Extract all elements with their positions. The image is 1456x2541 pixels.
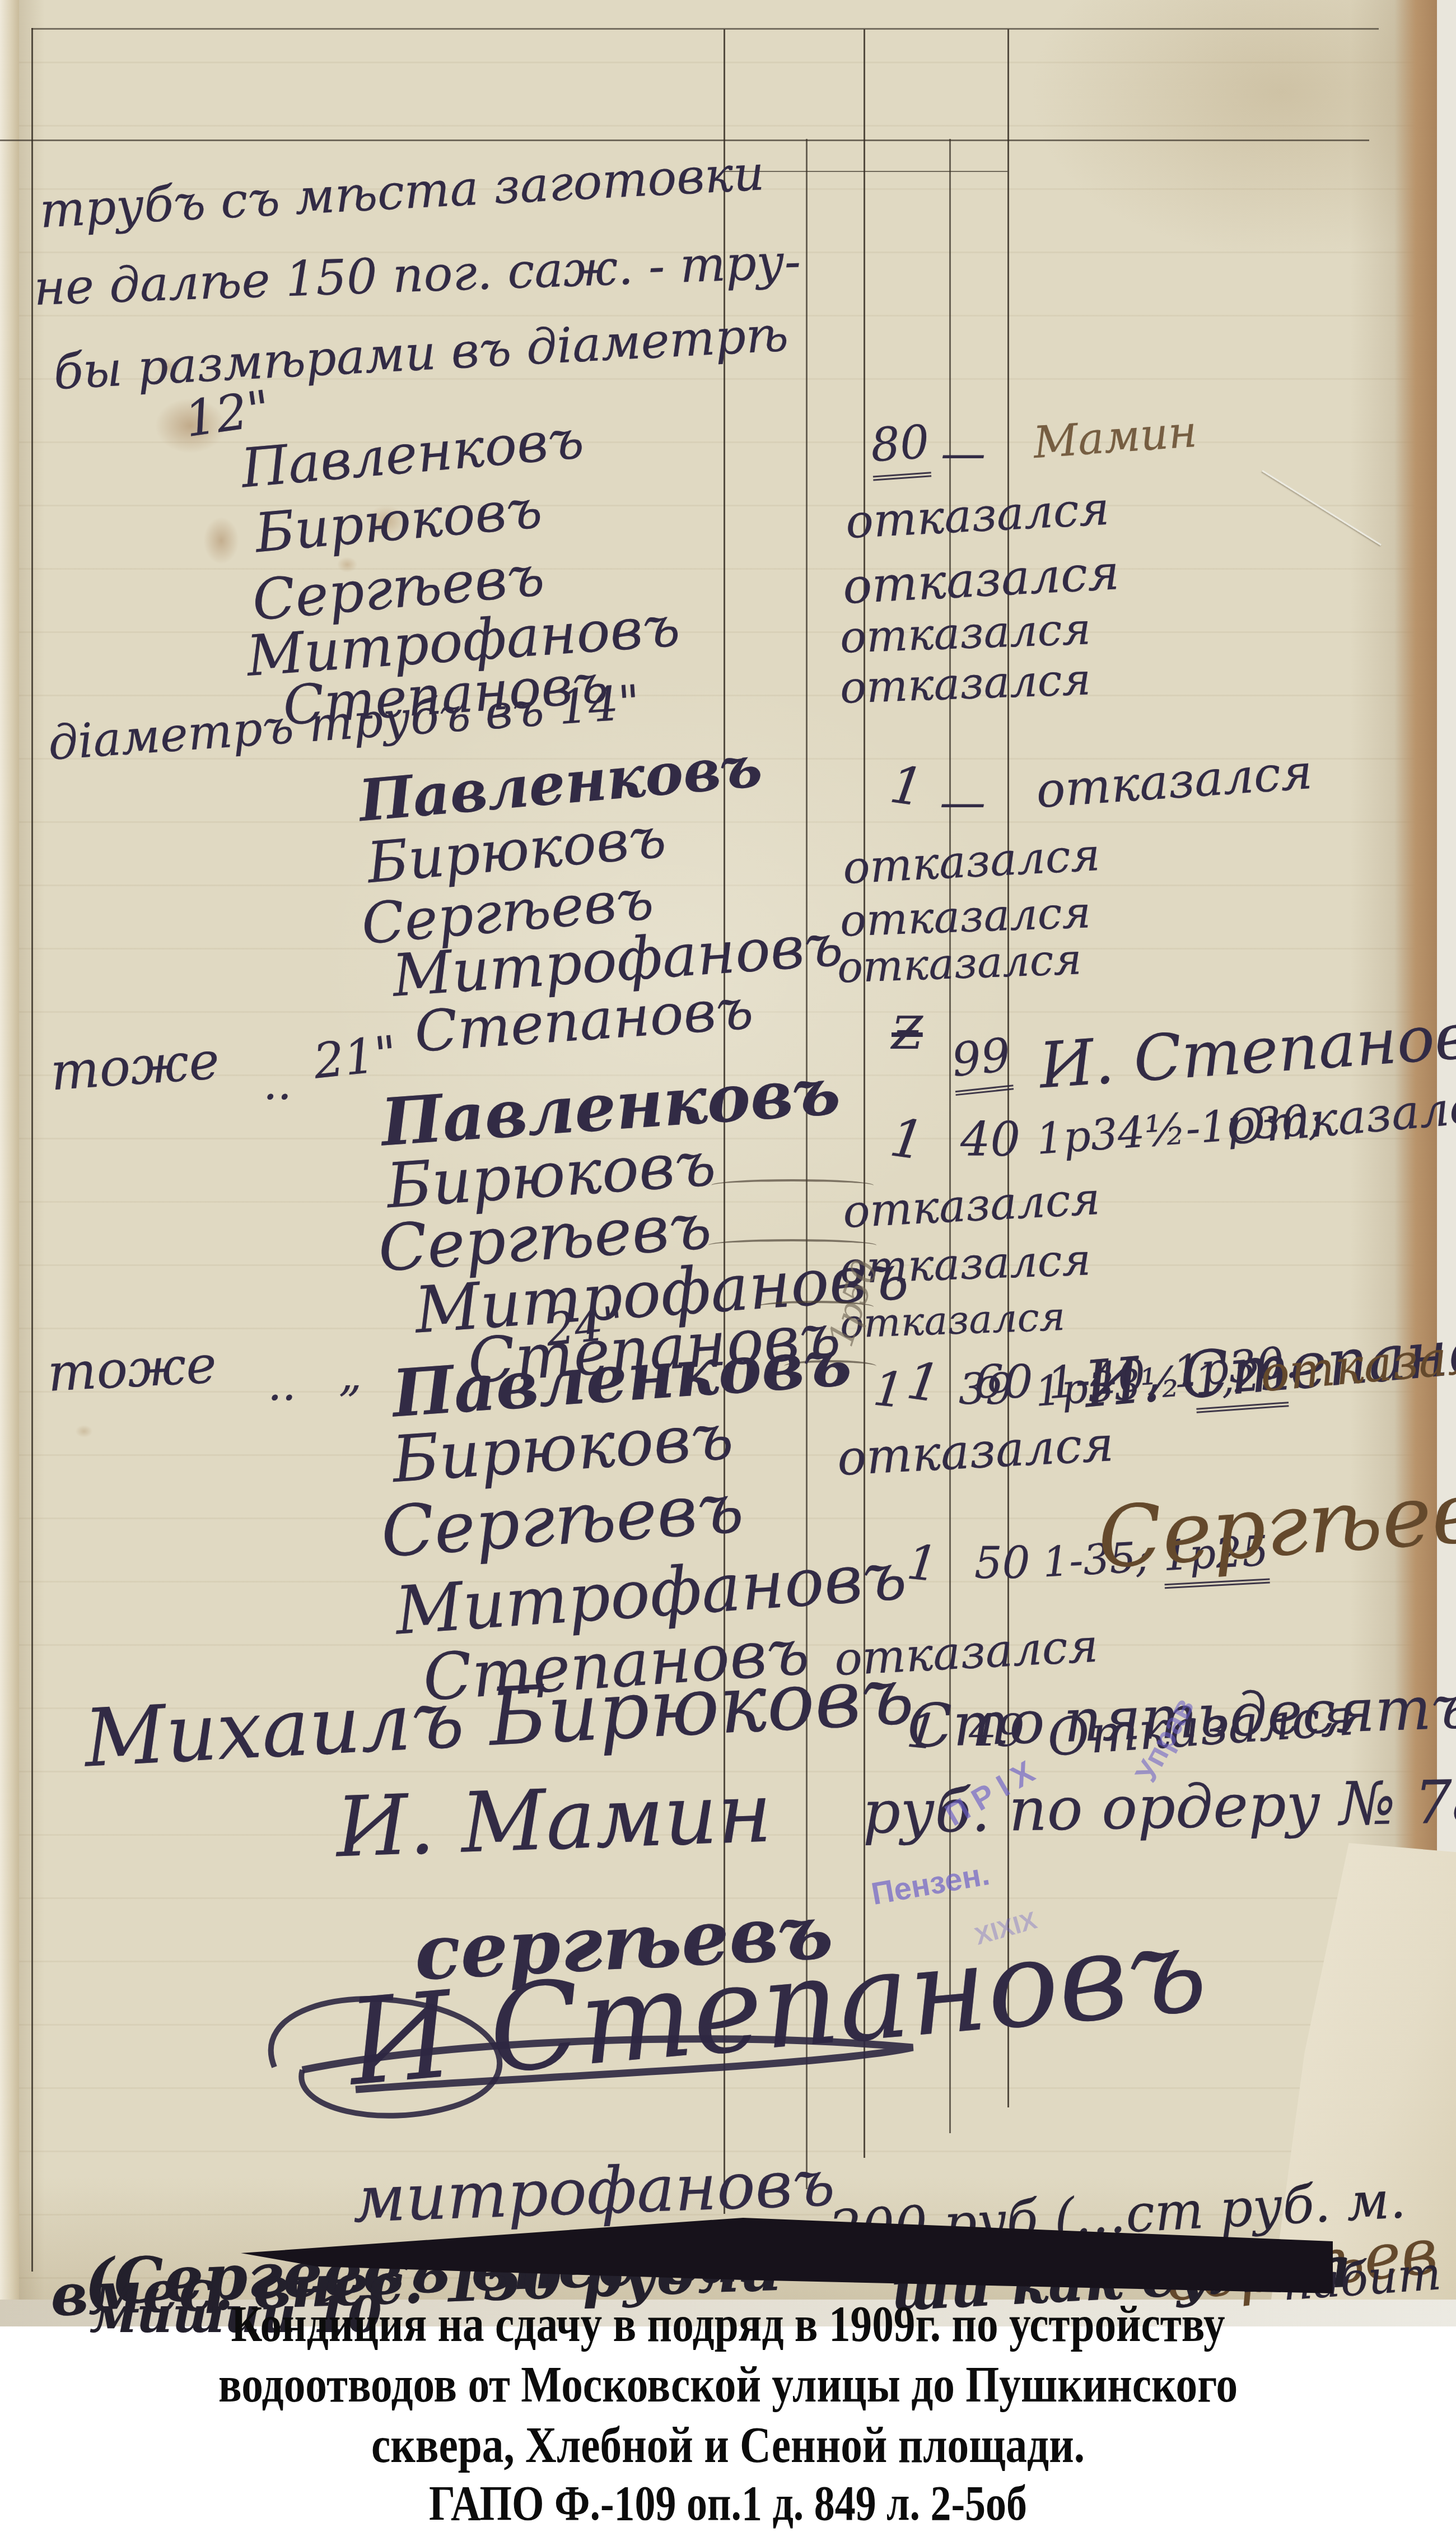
sec21-strike-mark: Ƶ [892,1011,923,1056]
sec24-header-dots: .. [268,1362,296,1407]
caption-line-2: водоотводов от Московской улицы до Пушки… [116,2358,1340,2410]
sec24-header-word: тоже [46,1339,218,1399]
sec24-row3-c1: 1 [905,1538,940,1589]
sec21-row1-c2: 40 [960,1116,1020,1163]
caption-line-1: Кондиция на сдачу в подряд в 1909г. по у… [116,2298,1340,2349]
sec14-total-99: 99 [949,1028,1014,1096]
sec12-row3-note: отказался [842,548,1121,611]
sec24-row3-c2: 50 [974,1542,1030,1585]
ruled-line-main [0,139,1369,141]
sec24-header-quote: „ [339,1353,362,1398]
sec12-row4-note: отказался [839,607,1091,660]
column-line-2 [806,139,808,2189]
signature-flourish [213,1972,952,2140]
sec14-row4-note: отказался [837,938,1082,989]
caption-line-3: сквера, Хлебной и Сенной площади. [116,2419,1340,2470]
sec21-header-dots: .. [263,1062,292,1106]
sec21-header-word: тоже [49,1035,221,1099]
sec12-row5-note: отказался [839,658,1091,710]
sec12-row1-bid: 80 [869,419,931,469]
signature-mamin: И. Мамин [335,1771,773,1869]
sec24-row2-note: отказался [836,1420,1115,1483]
top-border-line [31,28,1379,30]
sec14-row1-dash: — [940,780,986,826]
sec12-bid-80: 80 [869,415,932,481]
sec21-header-size: 21" [311,1029,399,1086]
sec12-row2-note: отказался [844,486,1110,546]
sec12-row1-dash: — [941,431,986,476]
sec12-row1-note: Мамин [1032,410,1198,465]
archival-document-scan: трубъ съ мѣста заготовки не далѣе 150 по… [0,0,1456,2541]
sec14-total: 99 [950,1032,1012,1084]
left-torn-edge [0,0,19,2300]
sec21-row5-c1: 1 [871,1364,907,1415]
caption-line-4: ГАПО Ф.-109 оп.1 д. 849 л. 2-5об [116,2479,1340,2529]
sec21-row2-note: отказался [842,1176,1101,1235]
sec14-row2-note: отказался [842,832,1101,891]
ruled-line-subhead [724,171,1007,172]
sec24-row1-c2: 60 [974,1360,1033,1406]
left-border-line [31,28,33,2272]
